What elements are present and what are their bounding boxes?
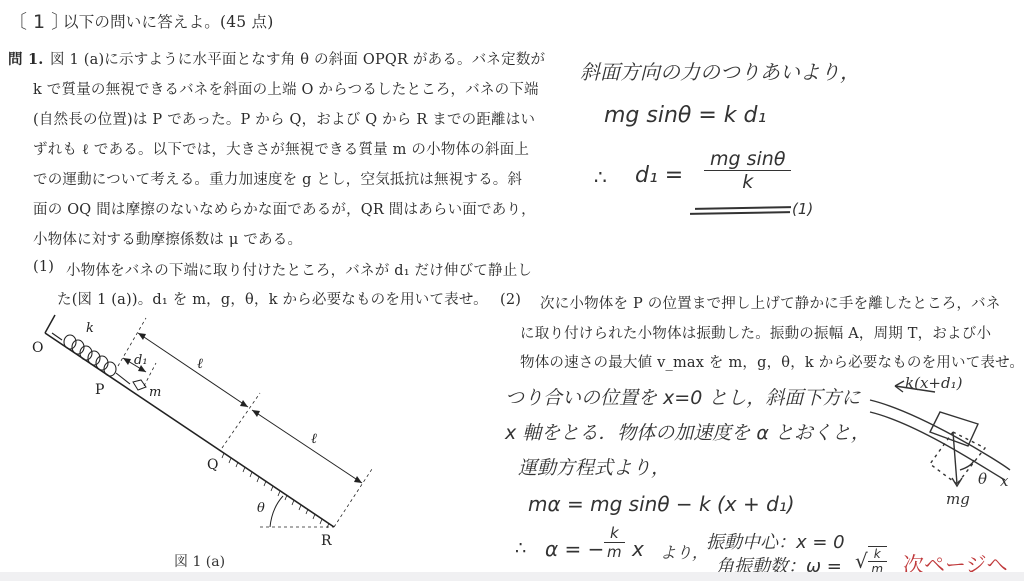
problem-line: k で質量の無視できるバネを斜面の上端 O からつるしたところ，バネの下端 xyxy=(33,78,539,99)
answer-underline xyxy=(690,211,790,215)
alpha-fraction: k m xyxy=(604,524,625,561)
question-2-line: に取り付けられた小物体は振動した。振動の振幅 A，周期 T，および小 xyxy=(520,322,991,343)
figure-1a-incline: O k P d₁ m ℓ ℓ Q θ R 図 1 (a) xyxy=(0,300,400,572)
point-p-label: P xyxy=(95,382,104,398)
answer-underline xyxy=(695,206,791,210)
oscillation-center: 振動中心：x = 0 xyxy=(706,528,845,554)
answer-2-line: 運動方程式より， xyxy=(518,453,670,480)
answer-1-fraction: mg sinθ k xyxy=(704,148,791,193)
problem-line: ずれも ℓ である。以下では，大きさが無視できる質量 m の小物体の斜面上 xyxy=(33,138,529,159)
section-instruction: 以下の問いに答えよ。(45 点) xyxy=(63,10,273,32)
answer-2-line: x 軸をとる．物体の加速度を α とおくと， xyxy=(505,418,870,445)
therefore-symbol: ∴ xyxy=(594,165,607,189)
point-o-label: O xyxy=(32,340,43,356)
problem-line: (自然長の位置)は P であった。P から Q，および Q から R までの距離… xyxy=(33,108,535,129)
answer-1-equation: mg sinθ = k d₁ xyxy=(604,103,766,128)
length-label-1: ℓ xyxy=(197,356,203,372)
alpha-denominator: m xyxy=(607,543,622,561)
question-1-number: (1) xyxy=(33,259,54,275)
point-r-label: R xyxy=(321,533,332,549)
equation-of-motion: mα = mg sinθ − k (x + d₁) xyxy=(528,492,795,516)
force-diagram-sketch: k(x+d₁) mg θ x xyxy=(860,372,1024,522)
problem-label: 問 1. xyxy=(8,48,44,69)
x-axis-label: x xyxy=(1000,472,1009,490)
spring-force-label: k(x+d₁) xyxy=(905,374,963,392)
answer-2-line: つり合いの位置を x=0 とし，斜面下方に xyxy=(505,383,860,410)
mass-label: m xyxy=(149,385,161,400)
problem-line: 面の OQ 間は摩擦のないなめらかな面であるが，QR 間はあらい面であり， xyxy=(33,198,536,219)
alpha-numerator: k xyxy=(604,524,625,543)
omega-numerator: k xyxy=(868,547,887,562)
answer-1-numerator: mg sinθ xyxy=(704,148,791,171)
answer-1-tag: (1) xyxy=(792,200,813,218)
problem-line: 小物体に対する動摩擦係数は μ である。 xyxy=(33,228,302,249)
question-2-line: 物体の速さの最大値 v_max を m，g，θ，k から必要なものを用いて表せ。 xyxy=(520,351,1024,372)
d1-label: d₁ xyxy=(134,353,148,368)
point-q-label: Q xyxy=(207,457,218,473)
question-1-line: 小物体をバネの下端に取り付けたところ，バネが d₁ だけ伸びて静止し xyxy=(66,259,532,280)
answer-1-intro: 斜面方向の力のつりあいより， xyxy=(580,56,860,85)
gravity-label: mg xyxy=(946,490,970,508)
document-page: 〔 1 〕 以下の問いに答えよ。(45 点) 問 1. 図 1 (a)に示すよう… xyxy=(0,0,1024,572)
answer-1-lhs: d₁ = xyxy=(635,163,683,188)
bottom-strip xyxy=(0,572,1024,581)
figure-caption: 図 1 (a) xyxy=(174,554,225,570)
problem-line: 図 1 (a)に示すように水平面となす角 θ の斜面 OPQR がある。バネ定数… xyxy=(50,48,545,69)
problem-line: での運動について考える。重力加速度を g とし，空気抵抗は無視する。斜 xyxy=(33,168,522,189)
alpha-lhs: α = − xyxy=(545,537,604,561)
yori-text: より， xyxy=(660,540,708,563)
therefore-symbol: ∴ xyxy=(515,538,526,559)
answer-1-denominator: k xyxy=(742,171,753,193)
angle-label: θ xyxy=(978,470,987,488)
length-label-2: ℓ xyxy=(311,431,317,447)
question-2-number: (2) xyxy=(500,292,521,308)
alpha-x: x xyxy=(632,537,644,561)
section-number: 〔 1 〕 xyxy=(8,7,70,34)
angle-theta-label: θ xyxy=(257,501,265,516)
question-2-line: 次に小物体を P の位置まで押し上げて静かに手を離したところ，バネ xyxy=(540,292,1001,313)
spring-constant-label: k xyxy=(86,321,94,336)
